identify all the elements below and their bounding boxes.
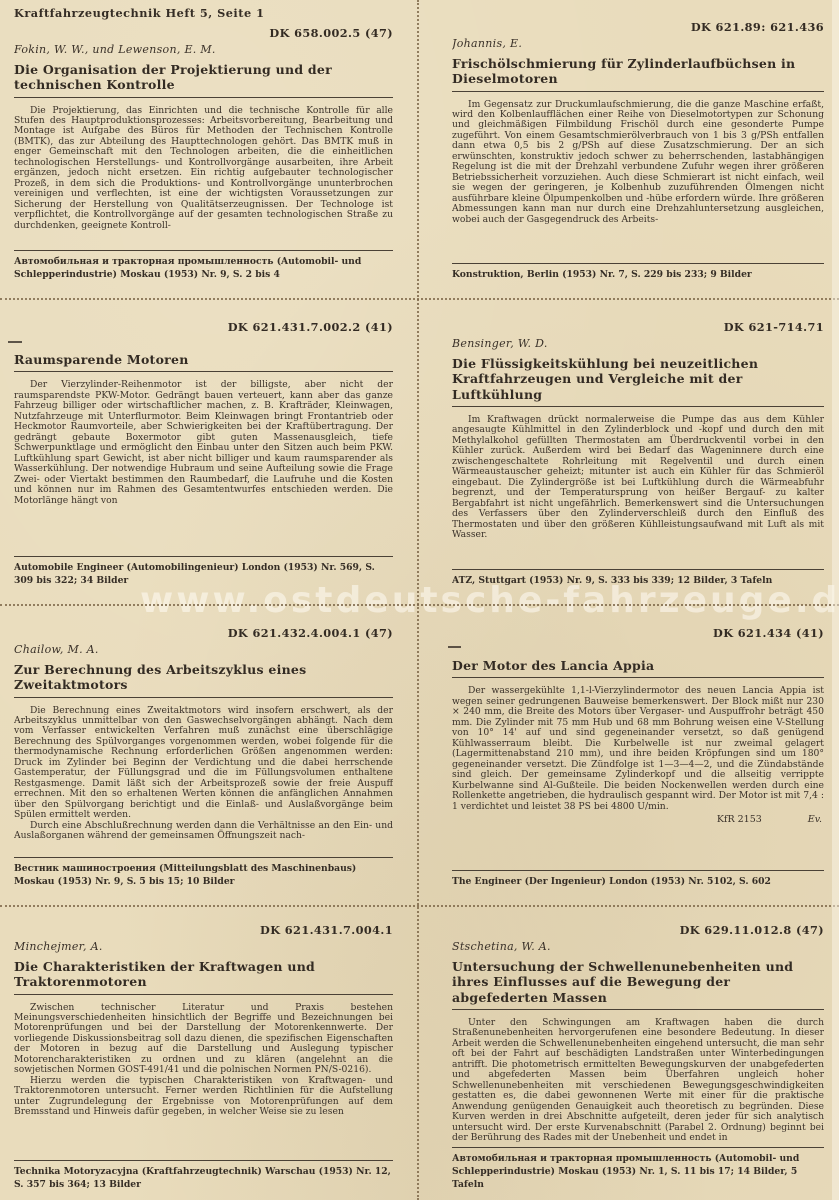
dk-code: DK 621.431.7.004.1 [14,923,393,937]
source-citation: The Engineer (Der Ingenieur) London (195… [452,870,824,889]
source-citation: Вестник машиностроения (Mitteilungsblatt… [14,857,393,889]
dk-code: DK 621.89: 621.436 [452,20,824,34]
abstract-card-johannis: DK 621.89: 621.436 Johannis, E. Frischöl… [452,0,824,298]
entry-title: Frischölschmierung für Zylinderlaufbüchs… [452,56,824,92]
cut-line-horizontal [0,298,839,300]
abstract-paragraph: Zwischen technischer Literatur und Praxi… [14,1003,393,1076]
dk-code: DK 621.434 (41) [452,626,824,640]
dk-code: DK 658.002.5 (47) [14,26,393,40]
abstract-card-stschetina: DK 629.11.012.8 (47) Stschetina, W. A. U… [452,905,824,1200]
abstract-card-chailow: DK 621.432.4.004.1 (47) Chailow, M. A. Z… [14,604,393,905]
cut-line-vertical [417,0,419,1200]
dk-code: DK 629.11.012.8 (47) [452,923,824,937]
author-line: Fokin, W. W., und Lewenson, E. M. [14,43,393,56]
abstract-paragraph: Im Kraftwagen drückt normalerweise die P… [452,415,824,541]
abstract-body: Die Projektierung, das Einrichten und di… [14,106,393,232]
page-header: Kraftfahrzeugtechnik Heft 5, Seite 1 [14,6,393,20]
abstract-paragraph: Durch eine Abschlußrechnung werden dann … [14,821,393,842]
abstract-paragraph: Hierzu werden die typischen Charakterist… [14,1076,393,1118]
abstract-paragraph: Der Vierzylinder-Reihenmotor ist der bil… [14,380,393,506]
abstract-journal-page: www.ostdeutsche-fahrzeuge.de Kraftfahrze… [0,0,839,1200]
source-citation: ATZ, Stuttgart (1953) Nr. 9, S. 333 bis … [452,569,824,588]
abstract-body: Die Berechnung eines Zweitaktmotors wird… [14,706,393,842]
abstract-paragraph: Der wassergekühlte 1,1-l-Vierzylindermot… [452,686,824,812]
entry-title: Raumsparende Motoren [14,352,393,372]
abstract-body: Unter den Schwingungen am Kraftwagen hab… [452,1018,824,1144]
abstract-body: Im Kraftwagen drückt normalerweise die P… [452,415,824,541]
author-line: Chailow, M. A. [14,643,393,656]
abstract-paragraph: Im Gegensatz zur Druckumlaufschmierung, … [452,100,824,226]
abstract-body: Der Vierzylinder-Reihenmotor ist der bil… [14,380,393,506]
stray-mark [8,341,22,343]
cut-line-horizontal [0,604,839,606]
source-citation: Автомобильная и тракторная промышленност… [452,1147,824,1192]
abstract-card-fokin: Kraftfahrzeugtechnik Heft 5, Seite 1 DK … [14,0,393,298]
abstract-body: Der wassergekühlte 1,1-l-Vierzylindermot… [452,686,824,812]
reference-note: KfR 2153 Ev. [452,814,824,825]
dk-code: DK 621.432.4.004.1 (47) [14,626,393,640]
abstract-card-minchejmer: DK 621.431.7.004.1 Minchejmer, A. Die Ch… [14,905,393,1200]
abstract-paragraph: Die Berechnung eines Zweitaktmotors wird… [14,706,393,821]
entry-title: Die Flüssigkeitskühlung bei neuzeitliche… [452,356,824,407]
author-line: Bensinger, W. D. [452,337,824,350]
abstract-card-lancia-appia: DK 621.434 (41) Der Motor des Lancia App… [452,604,824,905]
author-line: Stschetina, W. A. [452,940,824,953]
source-citation: Technika Motoryzacyjna (Kraftfahrzeugtec… [14,1160,393,1192]
entry-title: Die Charakteristiken der Kraftwagen und … [14,959,393,995]
cut-line-horizontal [0,905,839,907]
abstract-body: Zwischen technischer Literatur und Praxi… [14,1003,393,1118]
source-citation: Automobile Engineer (Automobilingenieur)… [14,556,393,588]
entry-title: Untersuchung der Schwellenunebenheiten u… [452,959,824,1010]
stray-mark [448,646,461,648]
abstract-card-bensinger: DK 621-714.71 Bensinger, W. D. Die Flüss… [452,298,824,604]
author-line: Johannis, E. [452,37,824,50]
abstract-body: Im Gegensatz zur Druckumlaufschmierung, … [452,100,824,226]
abstract-paragraph: Die Projektierung, das Einrichten und di… [14,106,393,232]
entry-title: Zur Berechnung des Arbeitszyklus eines Z… [14,662,393,698]
source-citation: Автомобильная и тракторная промышленност… [14,250,393,282]
page-edge [832,0,839,1200]
abstract-card-raumsparende: DK 621.431.7.002.2 (41) Raumsparende Mot… [14,298,393,604]
dk-code: DK 621-714.71 [452,320,824,334]
author-line: Minchejmer, A. [14,940,393,953]
abstract-paragraph: Unter den Schwingungen am Kraftwagen hab… [452,1018,824,1144]
entry-title: Die Organisation der Projektierung und d… [14,62,393,98]
reference-number: KfR 2153 [717,814,762,825]
source-citation: Konstruktion, Berlin (1953) Nr. 7, S. 22… [452,263,824,282]
reviewer-initials: Ev. [808,814,822,825]
entry-title: Der Motor des Lancia Appia [452,658,824,678]
dk-code: DK 621.431.7.002.2 (41) [14,320,393,334]
